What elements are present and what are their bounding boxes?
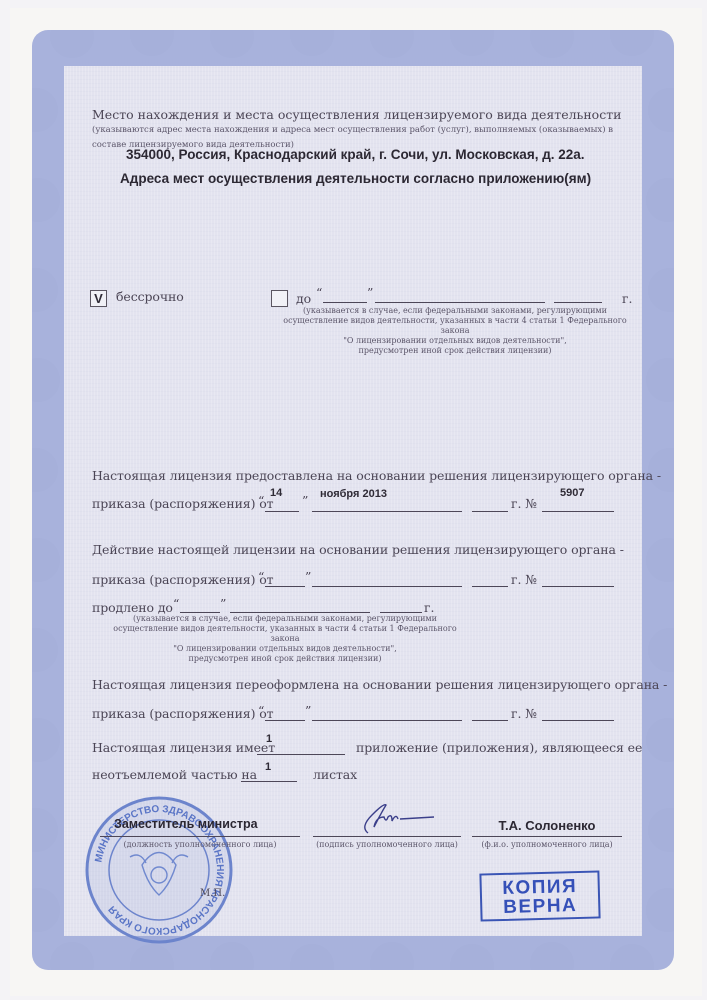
- sheet-count: 1: [265, 761, 271, 773]
- quote-close: ”: [305, 569, 311, 584]
- granted-number-label: г. №: [511, 496, 537, 511]
- indefinite-label: бессрочно: [116, 289, 184, 304]
- stamp-line2: ВЕРНА: [482, 895, 598, 917]
- granted-year-field[interactable]: [472, 511, 508, 512]
- until-date-checkbox[interactable]: [271, 290, 288, 307]
- name-line: [472, 836, 622, 837]
- appendix-line1-prefix: Настоящая лицензия имеет: [92, 740, 275, 755]
- granted-line1: Настоящая лицензия предоставлена на осно…: [92, 468, 661, 483]
- granted-order-prefix: приказа (распоряжения) от: [92, 496, 274, 511]
- granted-month-year: ноября 2013: [320, 488, 387, 500]
- position-line: [100, 836, 300, 837]
- address: 354000, Россия, Краснодарский край, г. С…: [126, 147, 585, 162]
- position-title: Заместитель министра: [114, 817, 258, 831]
- quote-open: “: [173, 596, 179, 611]
- note-line: (указывается в случае, если федеральными…: [270, 306, 640, 316]
- indefinite-checkbox[interactable]: V: [90, 290, 107, 307]
- extended-note: (указывается в случае, если федеральными…: [105, 614, 465, 664]
- reissued-day-field[interactable]: [265, 720, 305, 721]
- appendix-count-field[interactable]: [257, 754, 345, 755]
- extended-until-year-field[interactable]: [380, 612, 422, 613]
- granted-number-field[interactable]: [542, 511, 614, 512]
- official-name: Т.А. Солоненко: [472, 818, 622, 833]
- sheet-count-field[interactable]: [241, 781, 297, 782]
- until-note: (указывается в случае, если федеральными…: [270, 306, 640, 356]
- extended-month-field[interactable]: [312, 586, 462, 587]
- note-line: "О лицензировании отдельных видов деятел…: [270, 336, 640, 346]
- extended-year-field[interactable]: [472, 586, 508, 587]
- reissued-number-label: г. №: [511, 706, 537, 721]
- signature-caption: (подпись уполномоченного лица): [313, 840, 461, 850]
- check-mark-icon: V: [91, 291, 106, 306]
- note-line: предусмотрен иной срок действия лицензии…: [270, 346, 640, 356]
- quote-open: “: [316, 285, 322, 300]
- until-year-field[interactable]: [554, 302, 602, 303]
- seal-label: М.П.: [200, 888, 225, 899]
- extended-until-month-field[interactable]: [230, 612, 370, 613]
- extended-order-prefix: приказа (распоряжения) от: [92, 572, 274, 587]
- reissued-year-field[interactable]: [472, 720, 508, 721]
- quote-open: “: [258, 493, 264, 508]
- extended-until-day-field[interactable]: [180, 612, 220, 613]
- note-line: (указывается в случае, если федеральными…: [105, 614, 465, 624]
- until-suffix: г.: [622, 291, 632, 306]
- signature-line: [313, 836, 461, 837]
- note-line: "О лицензировании отдельных видов деятел…: [105, 644, 465, 654]
- extended-number-field[interactable]: [542, 586, 614, 587]
- granted-day: 14: [270, 487, 282, 499]
- extended-number-label: г. №: [511, 572, 537, 587]
- reissued-number-field[interactable]: [542, 720, 614, 721]
- reissued-month-field[interactable]: [312, 720, 462, 721]
- note-line: предусмотрен иной срок действия лицензии…: [105, 654, 465, 664]
- reissued-order-prefix: приказа (распоряжения) от: [92, 706, 274, 721]
- signature-icon: [340, 803, 440, 837]
- granted-month-field[interactable]: [312, 511, 462, 512]
- until-prefix: до: [296, 291, 311, 306]
- until-month-field[interactable]: [375, 302, 545, 303]
- extended-until-suffix: г.: [424, 600, 434, 615]
- quote-close: ”: [302, 493, 308, 508]
- granted-day-field[interactable]: [265, 511, 299, 512]
- extended-until-prefix: продлено до: [92, 600, 173, 615]
- certified-copy-stamp: КОПИЯ ВЕРНА: [479, 870, 600, 921]
- appendix-line2-suffix: листах: [313, 767, 357, 782]
- appendix-count: 1: [266, 733, 272, 745]
- appendix-line1-suffix: приложение (приложения), являющееся ее: [356, 740, 642, 755]
- location-heading: Место нахождения и места осуществления л…: [92, 108, 632, 151]
- quote-close: ”: [305, 703, 311, 718]
- position-caption: (должность уполномоченного лица): [100, 840, 300, 850]
- quote-open: “: [258, 703, 264, 718]
- extended-line1: Действие настоящей лицензии на основании…: [92, 542, 624, 557]
- activity-places: Адреса мест осуществления деятельности с…: [120, 171, 591, 186]
- quote-close: ”: [220, 596, 226, 611]
- reissued-line1: Настоящая лицензия переоформлена на осно…: [92, 677, 667, 692]
- granted-number: 5907: [560, 487, 584, 499]
- location-heading-main: Место нахождения и места осуществления л…: [92, 107, 621, 122]
- quote-open: “: [258, 569, 264, 584]
- appendix-line2-prefix: неотъемлемой частью на: [92, 767, 257, 782]
- extended-day-field[interactable]: [265, 586, 305, 587]
- until-day-field[interactable]: [323, 302, 367, 303]
- note-line: осуществление видов деятельности, указан…: [270, 316, 640, 336]
- quote-close: ”: [367, 285, 373, 300]
- note-line: осуществление видов деятельности, указан…: [105, 624, 465, 644]
- name-caption: (ф.и.о. уполномоченного лица): [472, 840, 622, 850]
